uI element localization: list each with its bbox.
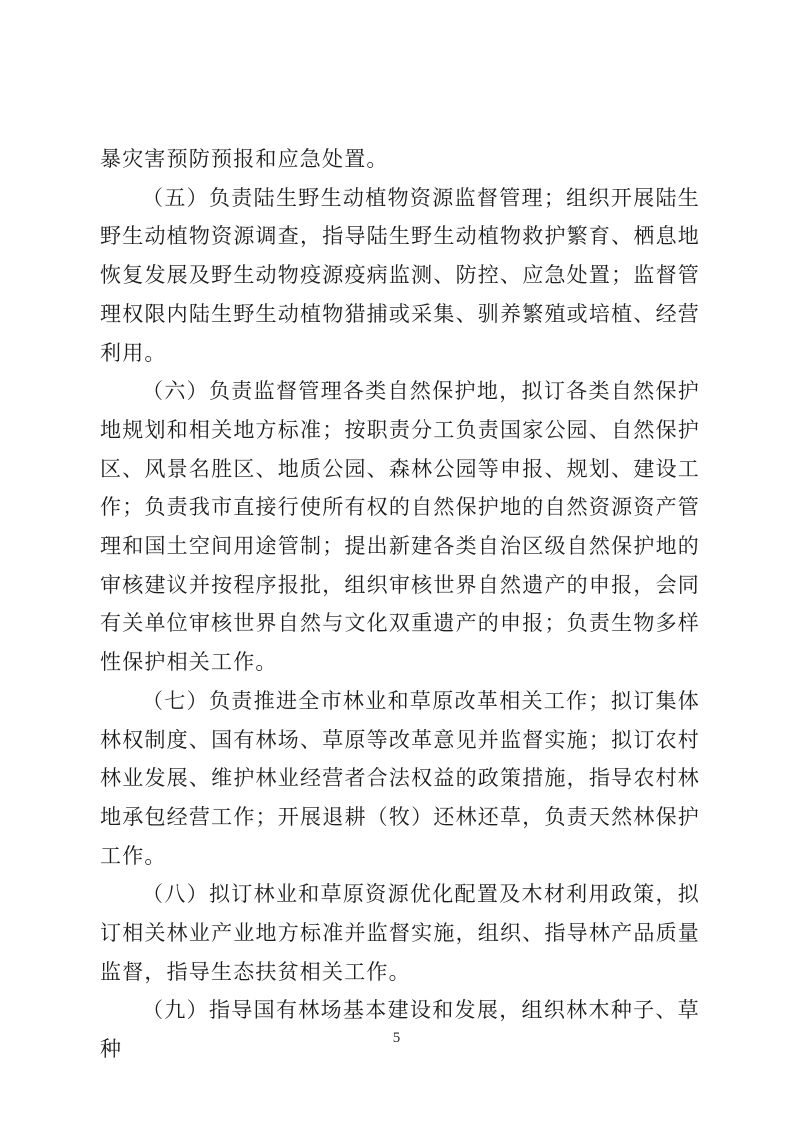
document-page: 暴灾害预防预报和应急处置。 （五）负责陆生野生动植物资源监督管理；组织开展陆生野… bbox=[0, 0, 793, 1122]
document-body: 暴灾害预防预报和应急处置。 （五）负责陆生野生动植物资源监督管理；组织开展陆生野… bbox=[100, 140, 700, 1069]
page-number: 5 bbox=[0, 1028, 793, 1048]
paragraph-continuation: 暴灾害预防预报和应急处置。 bbox=[100, 140, 700, 179]
paragraph-item-5: （五）负责陆生野生动植物资源监督管理；组织开展陆生野生动植物资源调查，指导陆生野… bbox=[100, 179, 700, 373]
paragraph-item-8: （八）拟订林业和草原资源优化配置及木材利用政策，拟订相关林业产业地方标准并监督实… bbox=[100, 875, 700, 991]
paragraph-item-6: （六）负责监督管理各类自然保护地，拟订各类自然保护地规划和相关地方标准；按职责分… bbox=[100, 372, 700, 682]
paragraph-item-7: （七）负责推进全市林业和草原改革相关工作；拟订集体林权制度、国有林场、草原等改革… bbox=[100, 682, 700, 876]
